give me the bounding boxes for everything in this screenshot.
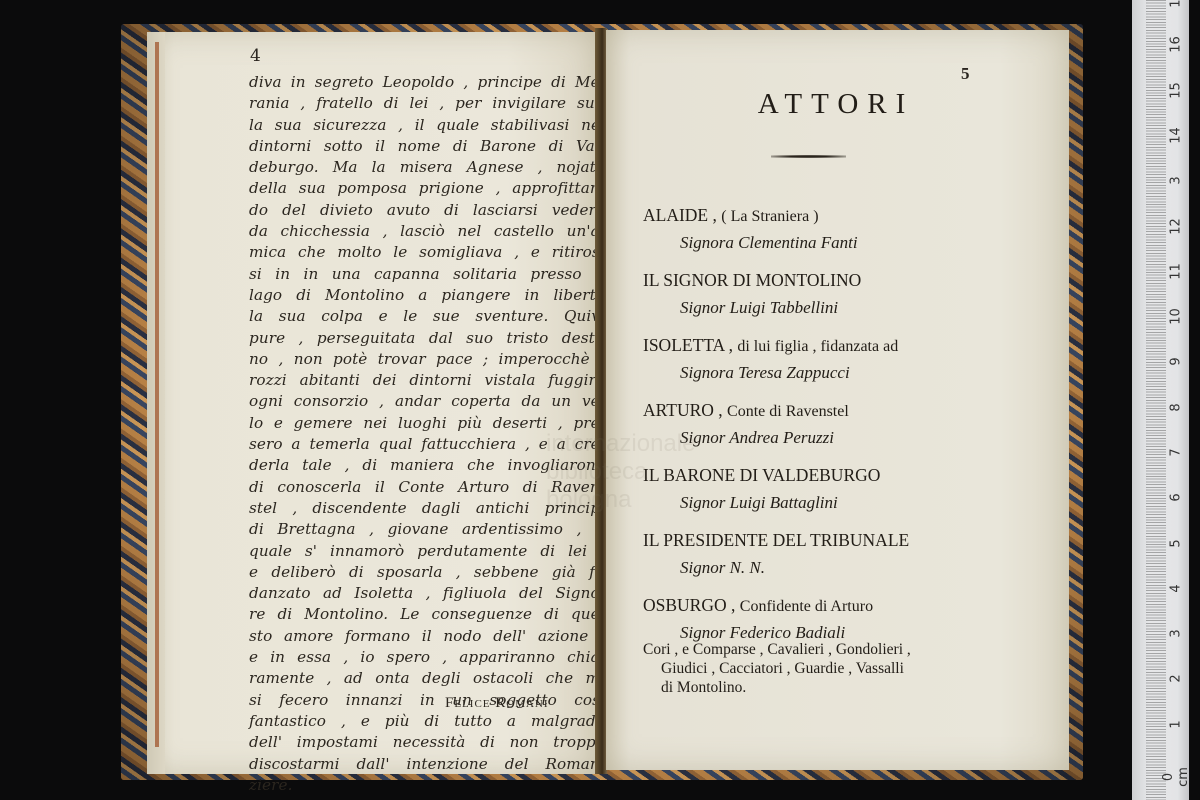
text-line: no , non potè trovar pace ; imperocchè i <box>249 349 605 370</box>
text-line: mica che molto le somigliava , e ritiros… <box>249 242 605 263</box>
text-line: da chicchessia , lasciò nel castello un'… <box>249 221 605 242</box>
ruler-mark: 3 <box>1169 624 1184 644</box>
right-page: 5 internazionale biblioteca bologna ATTO… <box>606 30 1069 770</box>
role-description: Conte di Ravenstel <box>727 403 849 420</box>
role-description: di lui figlia , fidanzata ad <box>737 338 898 355</box>
text-line: dell' impostami necessità di non troppo <box>249 732 605 753</box>
cast-entry: OSBURGO , Confidente di Arturo Signor Fe… <box>643 592 1063 646</box>
text-line: pure , perseguitata dal suo tristo desti… <box>249 328 605 349</box>
text-line: ramente , ad onta degli ostacoli che mi <box>249 668 605 689</box>
text-line: e deliberò di sposarla , sebbene già fi- <box>249 562 605 583</box>
ruler-mark: 14 <box>1169 125 1184 145</box>
chorus-line: di Montolino. <box>643 678 988 697</box>
ruler-mark: 17 <box>1169 0 1184 10</box>
performer-name: Signor Andrea Peruzzi <box>643 425 1063 451</box>
flyleaf-edge <box>155 42 159 747</box>
cast-entry: ARTURO , Conte di Ravenstel Signor Andre… <box>643 397 1063 451</box>
text-line: rania , fratello di lei , per invigilare… <box>249 93 605 114</box>
performer-name: Signora Teresa Zappucci <box>643 360 1063 386</box>
ruler-mark: 7 <box>1169 442 1184 462</box>
text-line: della sua pomposa prigione , approfittan… <box>249 178 605 199</box>
cast-entry: ISOLETTA , di lui figlia , fidanzata ad … <box>643 332 1063 386</box>
role-line: OSBURGO , Confidente di Arturo <box>643 592 1063 620</box>
cast-entry: IL PRESIDENTE DEL TRIBUNALE Signor N. N. <box>643 527 1063 581</box>
role-description: Confidente di Arturo <box>740 598 873 615</box>
text-line: stel , discendente dagli antichi princip… <box>249 498 605 519</box>
role-line: IL BARONE DI VALDEBURGO <box>643 462 1063 490</box>
text-line: dintorni sotto il nome di Barone di Val- <box>249 136 605 157</box>
text-line: rozzi abitanti dei dintorni vistala fugg… <box>249 370 605 391</box>
text-line: quale s' innamorò perdutamente di lei , <box>249 541 605 562</box>
text-line: danzato ad Isoletta , figliuola del Sign… <box>249 583 605 604</box>
cast-entry: ALAIDE , ( La Straniera ) Signora Clemen… <box>643 202 1063 256</box>
page-number-right: 5 <box>961 64 970 84</box>
open-book: 4 diva in segreto Leopoldo , principe di… <box>121 24 1083 780</box>
text-line: si in in una capanna solitaria presso il <box>249 264 605 285</box>
ruler-mark: 4 <box>1169 578 1184 598</box>
text-line: lago di Montolino a piangere in libertà <box>249 285 605 306</box>
role-name: IL BARONE DI VALDEBURGO <box>643 465 880 485</box>
text-line: do del divieto avuto di lasciarsi vedere <box>249 200 605 221</box>
text-line: ziere. <box>249 775 605 796</box>
ruler-unit-label: 0 cm <box>1161 767 1191 787</box>
text-line: si fecero innanzi in un soggetto così <box>249 690 605 711</box>
text-line: lo e gemere nei luoghi più deserti , pre… <box>249 413 605 434</box>
ruler-mark: 6 <box>1169 488 1184 508</box>
text-line: e in essa , io spero , appariranno chia- <box>249 647 605 668</box>
ruler-mark: 16 <box>1169 35 1184 55</box>
decorative-rule <box>771 155 846 158</box>
performer-name: Signor Luigi Tabbellini <box>643 295 1063 321</box>
ruler-mark: 2 <box>1169 669 1184 689</box>
role-line: IL PRESIDENTE DEL TRIBUNALE <box>643 527 1063 555</box>
role-name: ISOLETTA , <box>643 335 733 355</box>
text-line: sero a temerla qual fattucchiera , e a c… <box>249 434 605 455</box>
performer-name: Signor Luigi Battaglini <box>643 490 1063 516</box>
preface-text: diva in segreto Leopoldo , principe di M… <box>249 72 605 796</box>
ruler-mark: 15 <box>1169 80 1184 100</box>
cast-list: ALAIDE , ( La Straniera ) Signora Clemen… <box>643 202 1063 657</box>
chorus-line: Cori , e Comparse , Cavalieri , Gondolie… <box>643 640 988 659</box>
text-line: ogni consorzio , andar coperta da un ve- <box>249 391 605 412</box>
text-line: sto amore formano il nodo dell' azione , <box>249 626 605 647</box>
role-description: ( La Straniera ) <box>721 208 818 225</box>
role-name: IL PRESIDENTE DEL TRIBUNALE <box>643 530 909 550</box>
cast-title: ATTORI <box>716 88 956 121</box>
role-name: IL SIGNOR DI MONTOLINO <box>643 270 861 290</box>
role-name: OSBURGO , <box>643 595 735 615</box>
ruler-mark: 11 <box>1169 261 1184 281</box>
cast-entry: IL SIGNOR DI MONTOLINO Signor Luigi Tabb… <box>643 267 1063 321</box>
text-line: fantastico , e più di tutto a malgrado <box>249 711 605 732</box>
role-name: ARTURO , <box>643 400 723 420</box>
ruler-mark: 9 <box>1169 352 1184 372</box>
performer-name: Signora Clementina Fanti <box>643 230 1063 256</box>
performer-name: Signor N. N. <box>643 555 1063 581</box>
ruler-mark: 1 <box>1169 714 1184 734</box>
cast-entry: IL BARONE DI VALDEBURGO Signor Luigi Bat… <box>643 462 1063 516</box>
left-page: 4 diva in segreto Leopoldo , principe di… <box>147 32 597 774</box>
text-line: deburgo. Ma la misera Agnese , nojata <box>249 157 605 178</box>
author-signature: Felice Romani <box>445 695 549 712</box>
role-line: ARTURO , Conte di Ravenstel <box>643 397 1063 425</box>
text-line: re di Montolino. Le conseguenze di que- <box>249 604 605 625</box>
page-number-left: 4 <box>250 46 261 66</box>
text-line: di Brettagna , giovane ardentissimo , il <box>249 519 605 540</box>
text-line: la sua sicurezza , il quale stabilivasi … <box>249 115 605 136</box>
role-name: ALAIDE , <box>643 205 717 225</box>
text-line: diva in segreto Leopoldo , principe di M… <box>249 72 605 93</box>
chorus-list: Cori , e Comparse , Cavalieri , Gondolie… <box>643 640 988 697</box>
ruler-mark: 8 <box>1169 397 1184 417</box>
ruler-mark: 5 <box>1169 533 1184 553</box>
text-line: di conoscerla il Conte Arturo di Raven- <box>249 477 605 498</box>
ruler-mark: 12 <box>1169 216 1184 236</box>
ruler-mark: 3 <box>1169 171 1184 191</box>
ruler-mark: 10 <box>1169 307 1184 327</box>
text-line: la sua colpa e le sue sventure. Quivi <box>249 306 605 327</box>
role-line: IL SIGNOR DI MONTOLINO <box>643 267 1063 295</box>
text-line: discostarmi dall' intenzione del Roman- <box>249 754 605 775</box>
ruler-ticks <box>1146 0 1166 800</box>
role-line: ALAIDE , ( La Straniera ) <box>643 202 1063 230</box>
chorus-line: Giudici , Cacciatori , Guardie , Vassall… <box>643 659 988 678</box>
measuring-ruler: 0 cm123456789101112314151617 <box>1132 0 1189 800</box>
text-line: derla tale , di maniera che invogliarono <box>249 455 605 476</box>
role-line: ISOLETTA , di lui figlia , fidanzata ad <box>643 332 1063 360</box>
